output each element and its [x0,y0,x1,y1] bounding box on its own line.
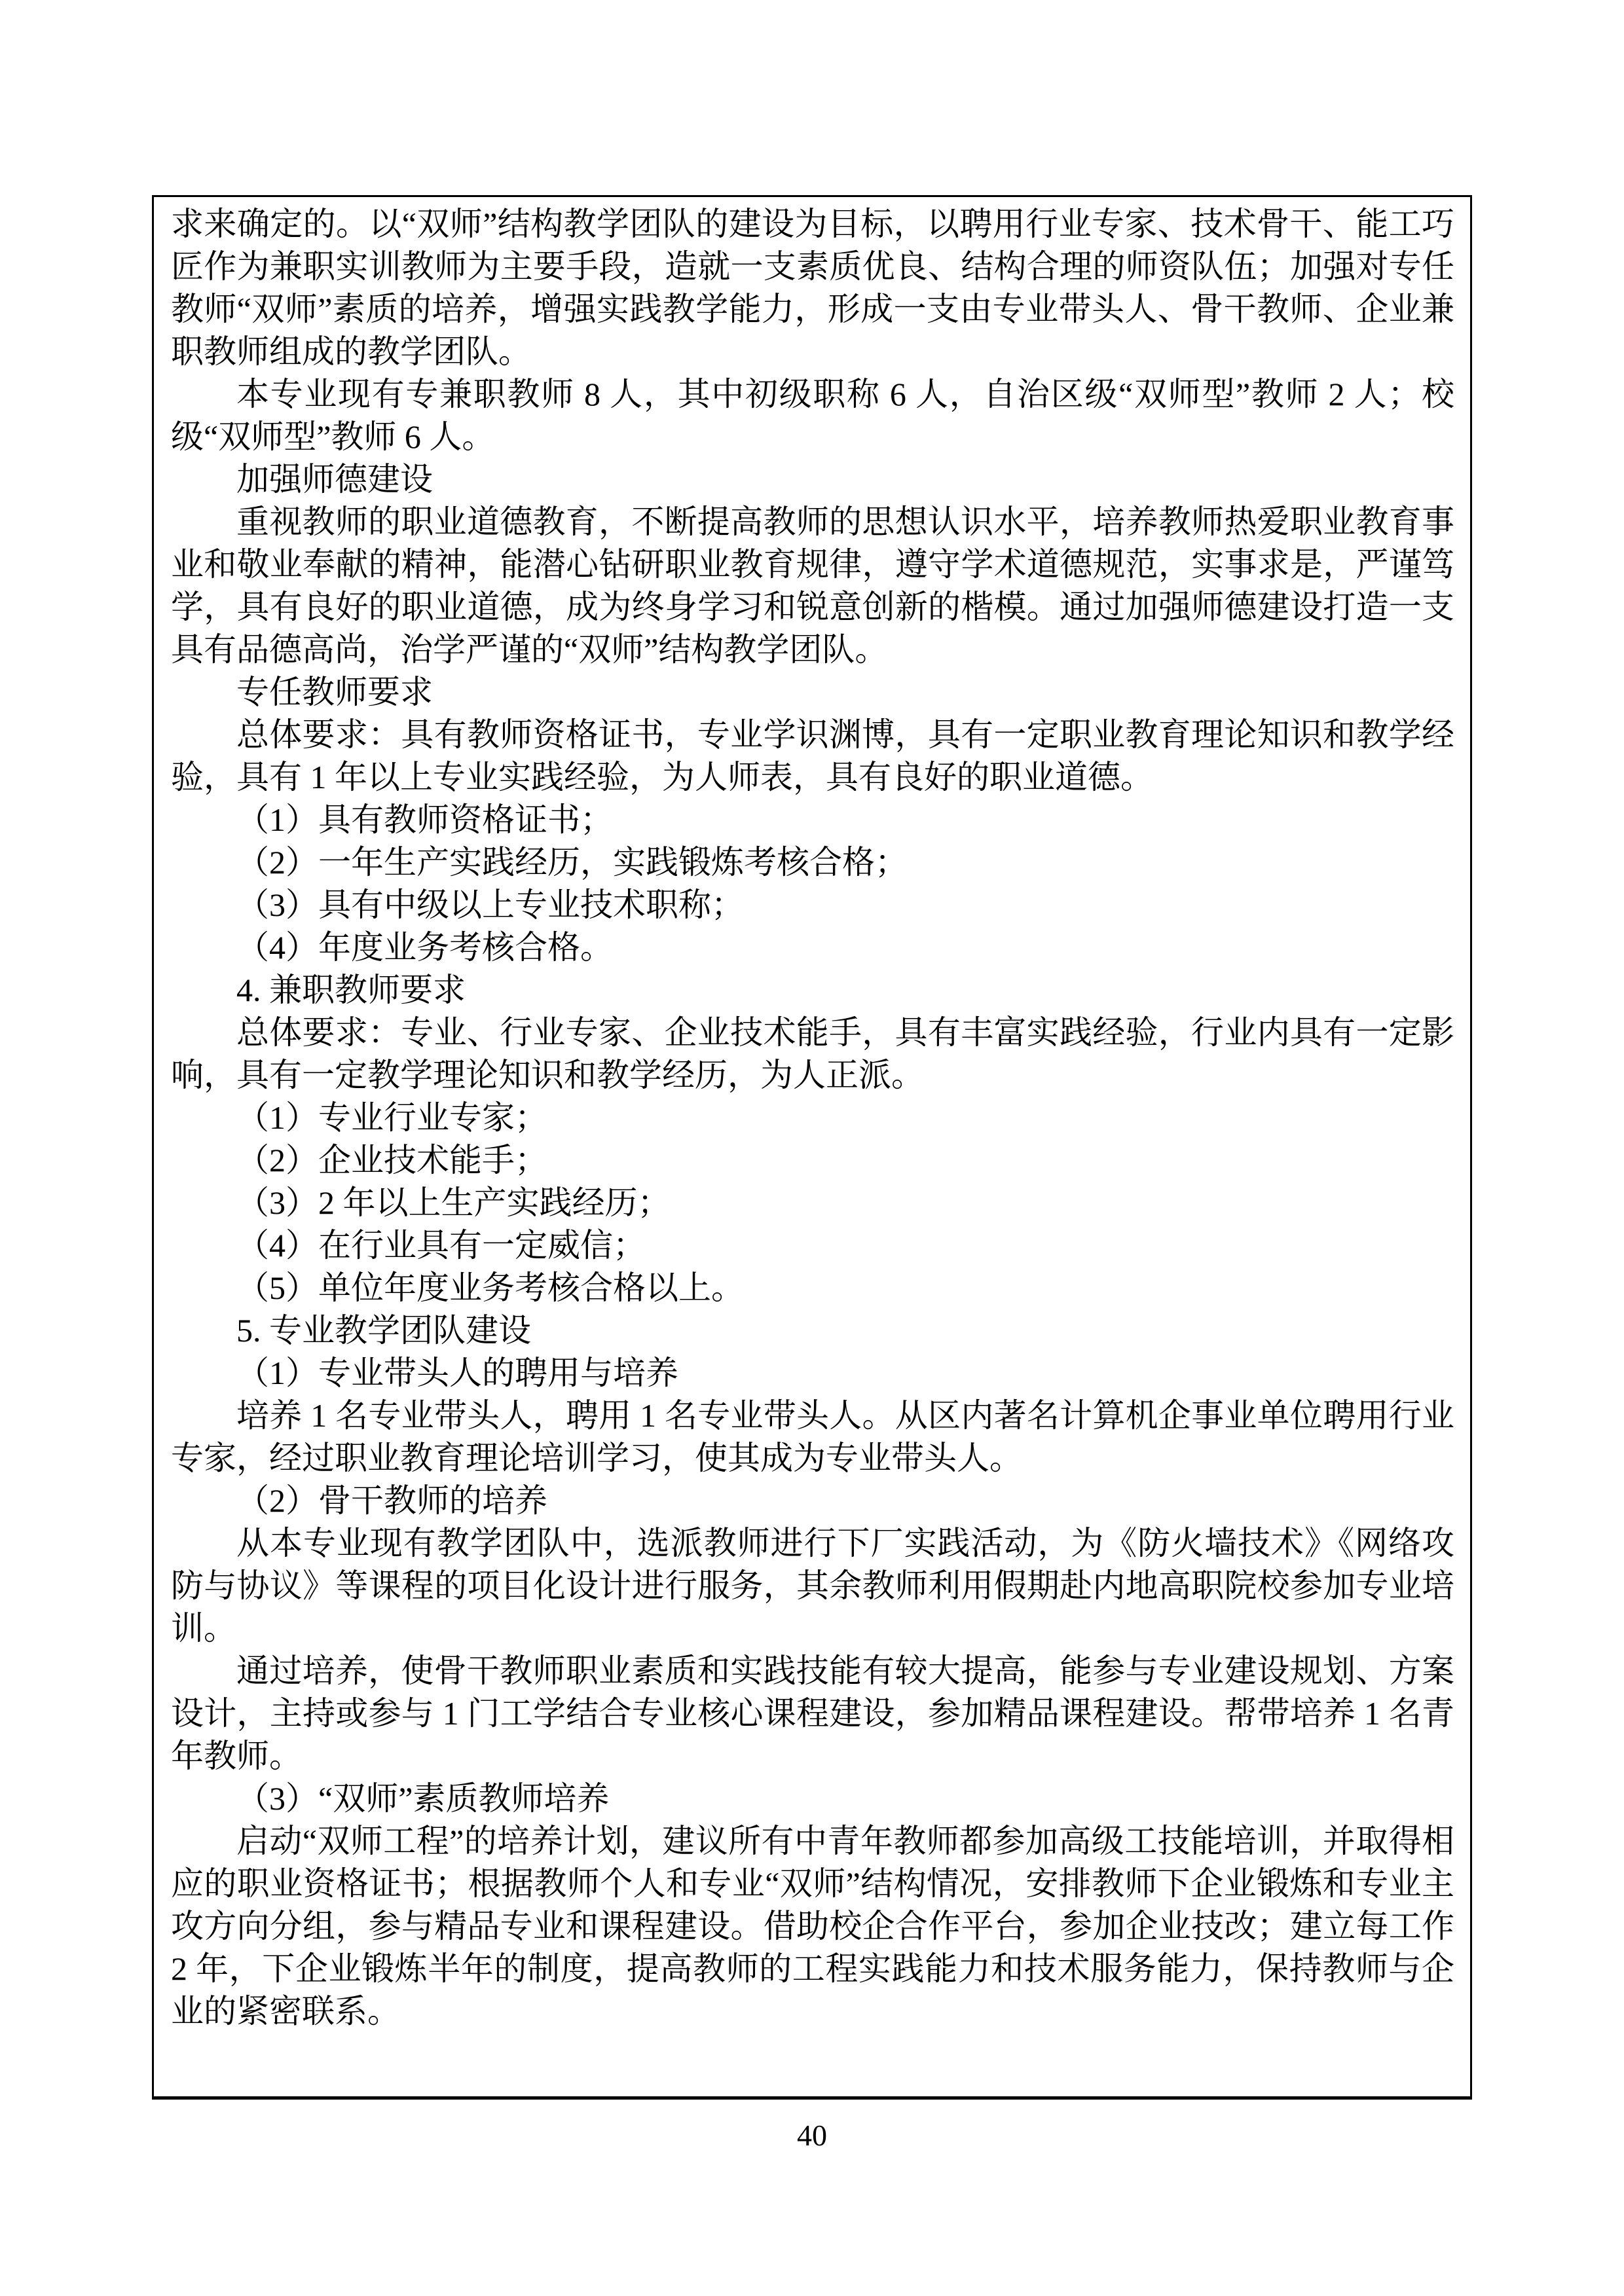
paragraph: （2）骨干教师的培养 [171,1480,1454,1522]
paragraph: 本专业现有专兼职教师 8 人，其中初级职称 6 人，自治区级“双师型”教师 2 … [171,373,1454,458]
paragraph: 4. 兼职教师要求 [171,969,1454,1011]
paragraph: 培养 1 名专业带头人，聘用 1 名专业带头人。从区内著名计算机企事业单位聘用行… [171,1394,1454,1480]
paragraph: 重视教师的职业道德教育，不断提高教师的思想认识水平，培养教师热爱职业教育事业和敬… [171,501,1454,671]
paragraph: （3）2 年以上生产实践经历； [171,1182,1454,1224]
paragraph: 从本专业现有教学团队中，选派教师进行下厂实践活动，为《防火墙技术》《网络攻防与协… [171,1522,1454,1650]
paragraph: 总体要求：具有教师资格证书，专业学识渊博，具有一定职业教育理论知识和教学经验，具… [171,714,1454,799]
paragraph: 专任教师要求 [171,671,1454,714]
paragraph: （4）在行业具有一定威信； [171,1224,1454,1267]
paragraph: （3）具有中级以上专业技术职称； [171,884,1454,926]
paragraph: （3）“双师”素质教师培养 [171,1777,1454,1820]
cell-content: 求来确定的。以“双师”结构教学团队的建设为目标，以聘用行业专家、技术骨干、能工巧… [171,203,1454,2033]
table-cell: 求来确定的。以“双师”结构教学团队的建设为目标，以聘用行业专家、技术骨干、能工巧… [152,195,1472,2100]
paragraph: 加强师德建设 [171,458,1454,501]
paragraph: （1）专业行业专家； [171,1097,1454,1139]
document-page: 求来确定的。以“双师”结构教学团队的建设为目标，以聘用行业专家、技术骨干、能工巧… [0,0,1624,2296]
page-number: 40 [0,2116,1624,2155]
paragraph: 总体要求：专业、行业专家、企业技术能手，具有丰富实践经验，行业内具有一定影响，具… [171,1011,1454,1097]
paragraph: （2）一年生产实践经历，实践锻炼考核合格； [171,841,1454,884]
paragraph: （1）专业带头人的聘用与培养 [171,1352,1454,1394]
paragraph: （4）年度业务考核合格。 [171,926,1454,969]
paragraph: 求来确定的。以“双师”结构教学团队的建设为目标，以聘用行业专家、技术骨干、能工巧… [171,203,1454,373]
paragraph: 通过培养，使骨干教师职业素质和实践技能有较大提高，能参与专业建设规划、方案设计，… [171,1650,1454,1777]
paragraph: （1）具有教师资格证书； [171,799,1454,841]
paragraph: （5）单位年度业务考核合格以上。 [171,1267,1454,1309]
paragraph: （2）企业技术能手； [171,1139,1454,1182]
paragraph: 5. 专业教学团队建设 [171,1309,1454,1352]
paragraph: 启动“双师工程”的培养计划，建议所有中青年教师都参加高级工技能培训，并取得相应的… [171,1820,1454,2033]
